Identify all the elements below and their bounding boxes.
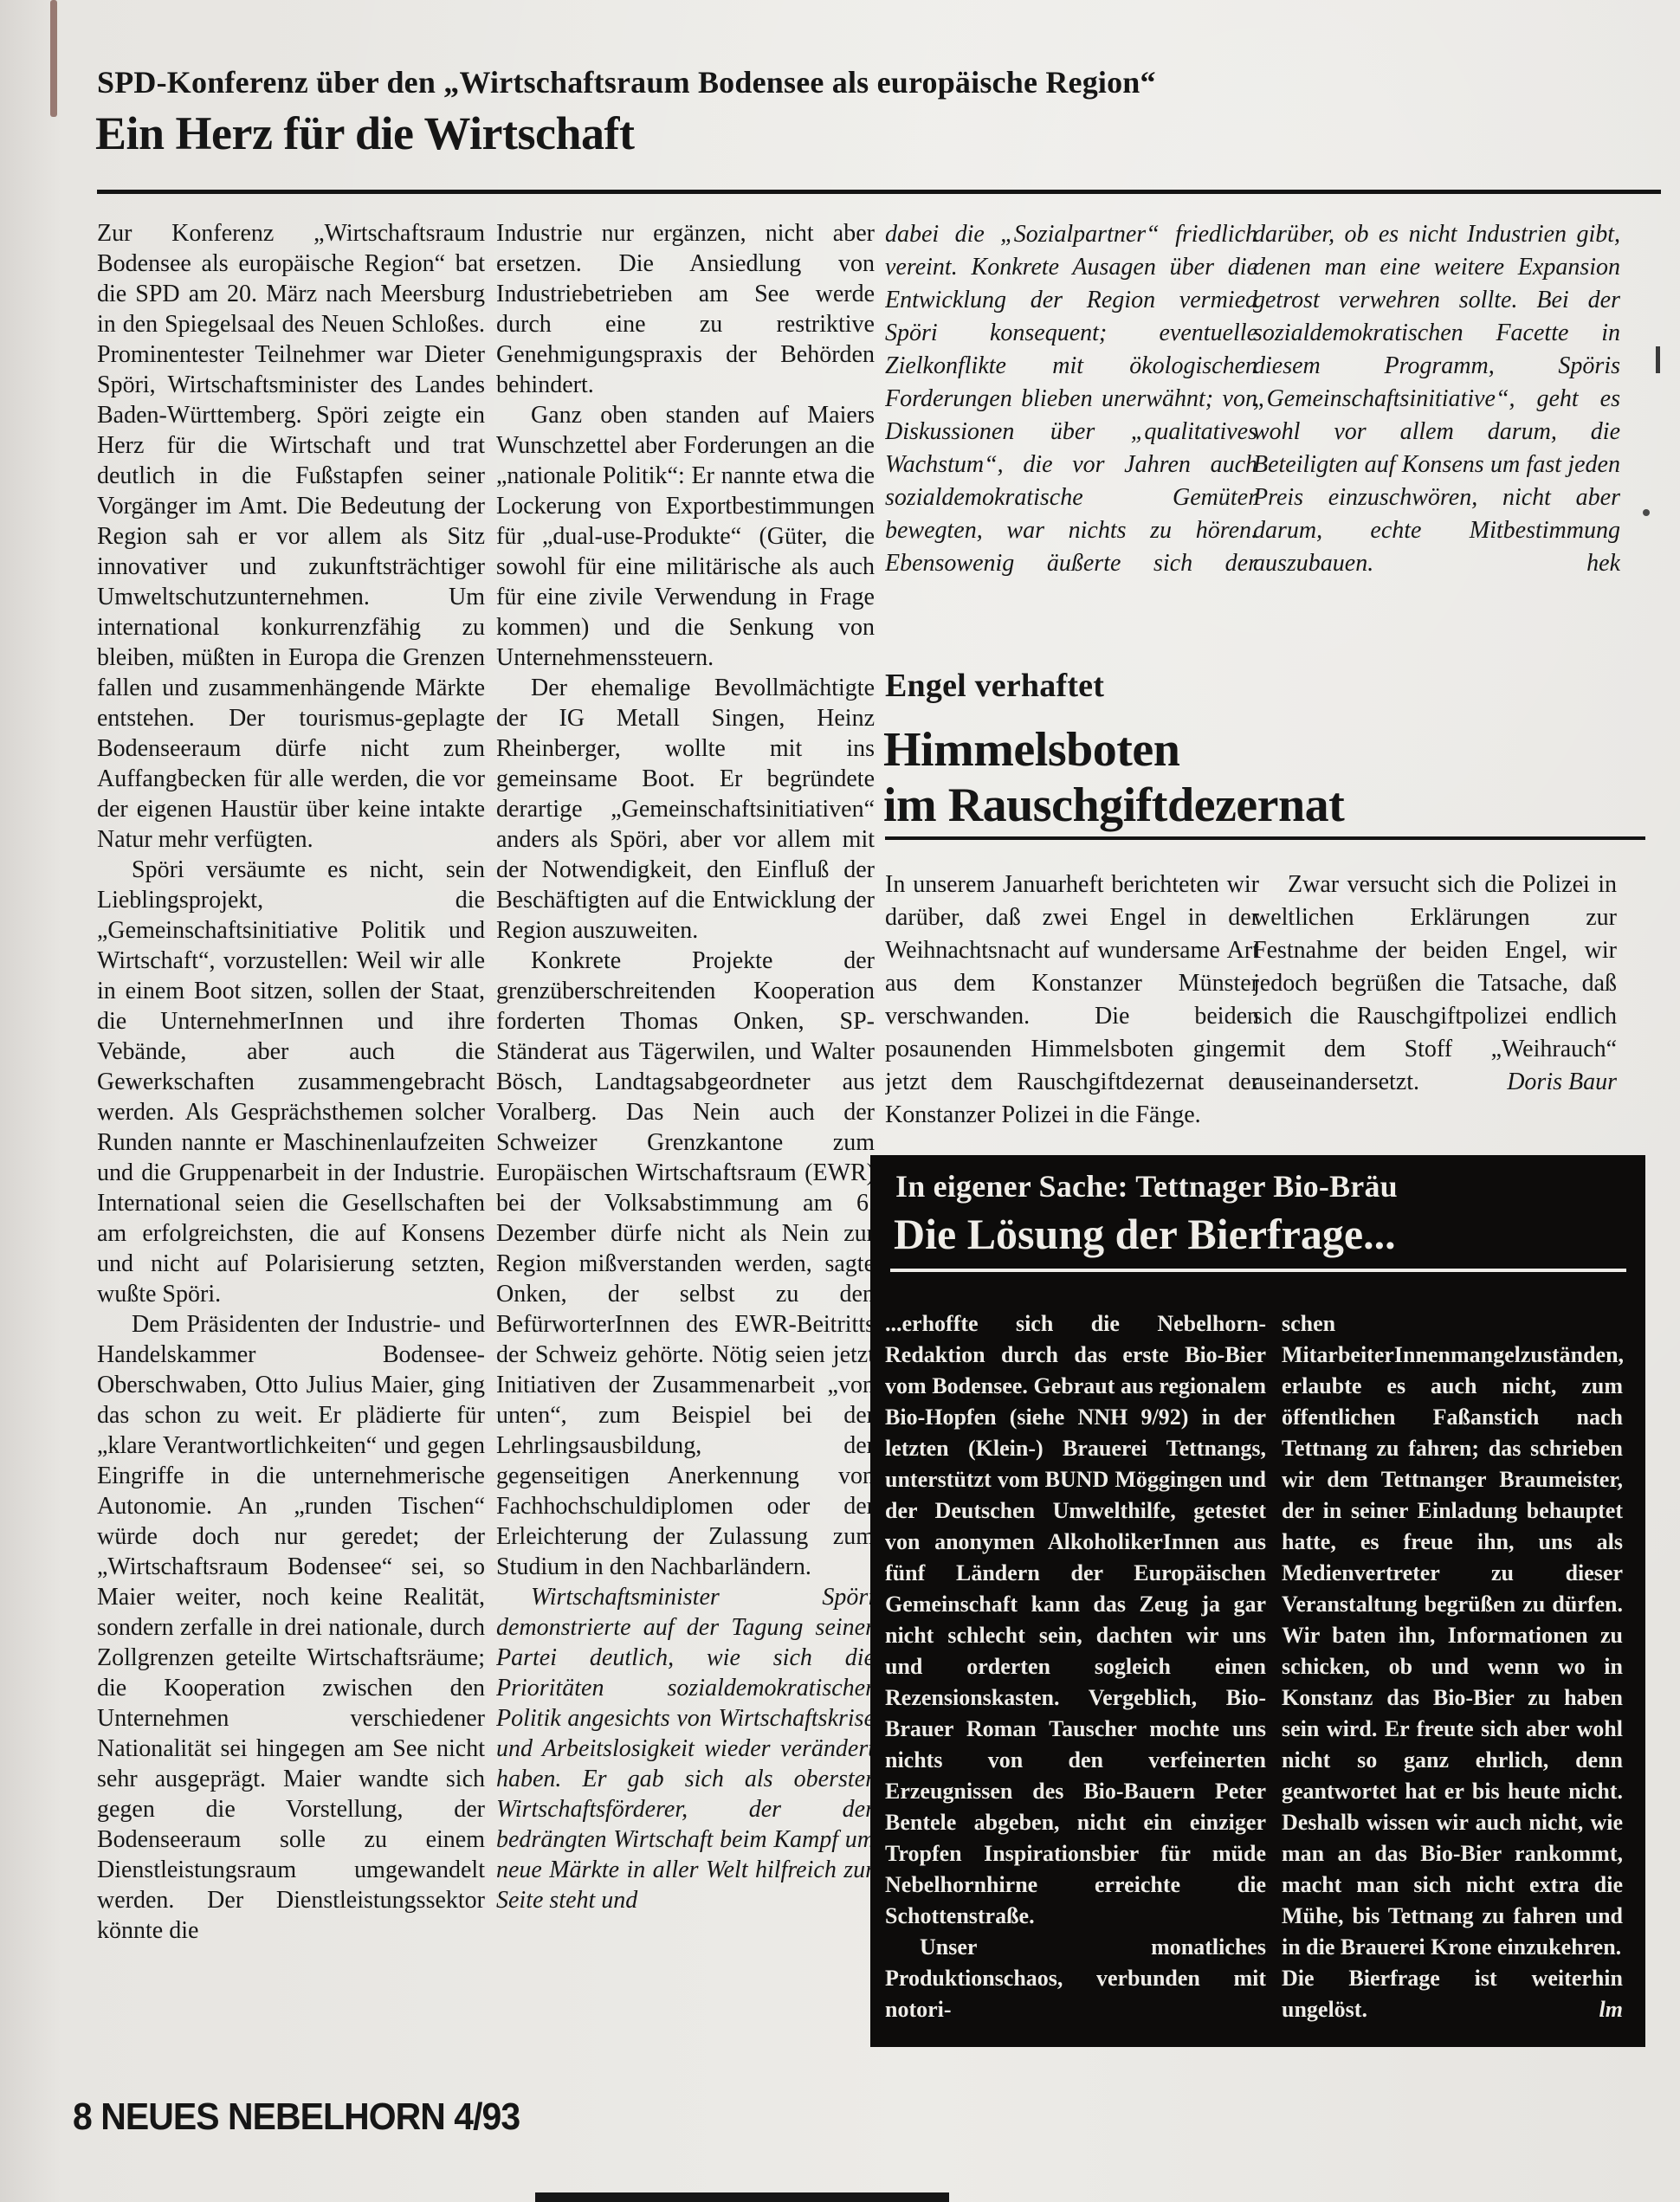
- scan-artifact-dot: [1643, 509, 1650, 516]
- paragraph: darüber, ob es nicht Industrien gibt, de…: [1253, 218, 1620, 580]
- article1-column-4: darüber, ob es nicht Industrien gibt, de…: [1253, 218, 1620, 613]
- scan-artifact-tick: [1656, 346, 1660, 373]
- paragraph: dabei die „Sozialpartner“ friedlich vere…: [885, 218, 1257, 580]
- page-footer: 8 NEUES NEBELHORN 4/93: [73, 2095, 520, 2139]
- paragraph: Zwar versucht sich die Polizei in weltli…: [1253, 869, 1617, 1099]
- article1-column-2: Industrie nur ergänzen, nicht aber erset…: [496, 218, 875, 2011]
- article3-headline: Die Lösung der Bierfrage...: [894, 1211, 1396, 1257]
- paragraph: Wirtschaftsminister Spöri demonstrierte …: [496, 1582, 875, 1915]
- article2-headline: Himmelsboten im Rauschgiftdezernat: [883, 722, 1344, 833]
- article1-column-3: dabei die „Sozialpartner“ friedlich vere…: [885, 218, 1257, 580]
- article1-headline: Ein Herz für die Wirtschaft: [95, 109, 634, 158]
- article2-headline-rule: [885, 836, 1645, 840]
- article1-kicker: SPD-Konferenz über den „Wirtschaftsraum …: [97, 66, 1156, 100]
- article3-black-box: In eigener Sache: Tettnager Bio-Bräu Die…: [871, 1156, 1644, 2046]
- paragraph: Dem Präsidenten der Industrie- und Hande…: [97, 1309, 485, 1946]
- paragraph: Die Bierfrage ist weiterhin ungelöst.lm: [1282, 1963, 1623, 2025]
- paragraph: Industrie nur ergänzen, nicht aber erset…: [496, 218, 875, 400]
- article2-column-2: Zwar versucht sich die Polizei in weltli…: [1253, 869, 1617, 1142]
- paragraph: Spöri versäumte es nicht, sein Lieblings…: [97, 855, 485, 1309]
- scan-artifact-red-streak: [50, 0, 57, 117]
- paragraph: Zur Konferenz „Wirtschaftsraum Bodensee …: [97, 218, 485, 855]
- paragraph: ...erhoffte sich die Nebelhorn-Redaktion…: [885, 1308, 1266, 1932]
- article2-kicker: Engel verhaftet: [885, 668, 1104, 705]
- article2-headline-line2: im Rauschgiftdezernat: [883, 778, 1344, 832]
- article3-column-1: ...erhoffte sich die Nebelhorn-Redaktion…: [885, 1308, 1266, 2034]
- bottom-edge-bar: [535, 2192, 949, 2202]
- paragraph: Ganz oben standen auf Maiers Wunschzette…: [496, 400, 875, 673]
- paragraph: Unser monatliches Produktionschaos, verb…: [885, 1932, 1266, 2025]
- article2-headline-line1: Himmelsboten: [883, 723, 1179, 777]
- byline: hek: [1569, 547, 1620, 580]
- article1-headline-rule: [97, 190, 1661, 194]
- article3-headline-rule: [890, 1269, 1626, 1272]
- paragraph: schen MitarbeiterInnenmangelzuständen, e…: [1282, 1308, 1623, 1963]
- article3-column-2: schen MitarbeiterInnenmangelzuständen, e…: [1282, 1308, 1623, 2034]
- article2-column-1: In unserem Januarheft berichteten wir da…: [885, 869, 1259, 1142]
- newspaper-page: SPD-Konferenz über den „Wirtschaftsraum …: [0, 0, 1680, 2202]
- paragraph: Konkrete Projekte der grenzüberschreiten…: [496, 946, 875, 1582]
- article3-kicker: In eigener Sache: Tettnager Bio-Bräu: [895, 1170, 1398, 1204]
- paragraph: Der ehemalige Bevollmächtigte der IG Met…: [496, 673, 875, 946]
- article1-column-1: Zur Konferenz „Wirtschaftsraum Bodensee …: [97, 218, 485, 2011]
- paragraph: In unserem Januarheft berichteten wir da…: [885, 869, 1259, 1132]
- byline: lm: [1582, 1994, 1623, 2025]
- byline: Doris Baur: [1455, 1066, 1617, 1099]
